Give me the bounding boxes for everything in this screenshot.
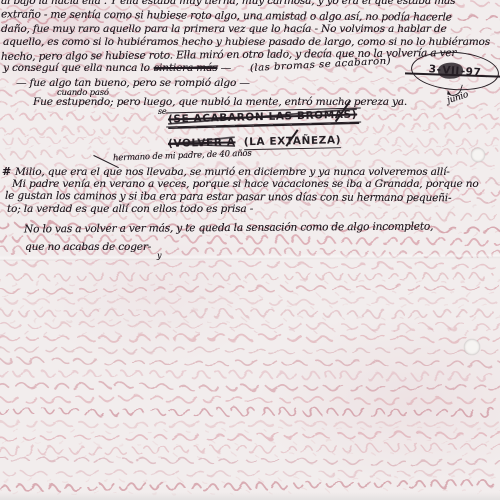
handwriting-line: — fue algo tan bueno, pero se rompió alg… <box>16 77 250 89</box>
stray-mark: y <box>157 251 161 260</box>
handwriting-line: Fue estupendo; pero luego, que nubló la … <box>33 96 407 108</box>
bleed-script-row <box>0 440 494 445</box>
line-text: Milio, que era el que nos llevaba, se mu… <box>15 166 450 178</box>
bleed-script-row <box>0 272 494 280</box>
punch-hole <box>471 148 485 162</box>
manuscript-page: al bajo la hacía ella . Y ella estaba mu… <box>0 0 500 500</box>
bleed-script-row <box>0 347 500 354</box>
bleed-script-row <box>0 298 500 304</box>
bleed-script-row <box>0 428 500 433</box>
handwriting-line: y conseguí que ella nunca losintiera más… <box>3 62 231 74</box>
punch-hole <box>464 339 480 355</box>
bleed-script-row <box>0 422 500 427</box>
subtitle-row: (VOLVER A (LA EXTAÑEZA) <box>168 134 341 150</box>
handwriting-line: que no acabas de coger- <box>25 241 151 253</box>
bleed-script-row <box>0 457 500 466</box>
handwriting-line: #Milio, que era el que nos llevaba, se m… <box>2 165 450 178</box>
bleed-script-row <box>0 384 500 391</box>
bleed-script-row <box>0 443 500 454</box>
bleed-script-row <box>0 309 500 318</box>
bleed-script-row <box>0 280 500 285</box>
bleed-script-row <box>0 480 500 491</box>
handwriting-line: daño, fue muy raro aquello para la prime… <box>1 23 447 35</box>
crossed-out-subtitle: (VOLVER A <box>168 136 236 149</box>
bleed-script-row <box>0 396 500 403</box>
handwriting-line: al bajo la hacía ella . Y ella estaba mu… <box>1 0 455 7</box>
bleed-script-row <box>0 335 500 341</box>
bleed-script-row <box>0 305 500 310</box>
handwriting-line: to; la verdad es que allí con ellos todo… <box>7 203 253 215</box>
line-text: y conseguí que ella nunca lo <box>3 62 150 74</box>
crossed-word: sintiera más <box>154 62 218 74</box>
bleed-script-row <box>0 322 500 331</box>
bleed-script-row <box>0 358 500 367</box>
bleed-script-row <box>0 284 500 293</box>
date-text: -97 <box>460 65 481 78</box>
bleed-script-row <box>0 408 495 415</box>
bleed-script-row <box>0 471 500 476</box>
bleed-script-row <box>0 477 500 482</box>
paragraph-mark: # <box>2 165 11 178</box>
dash-mark: — <box>221 62 231 74</box>
bleed-script-row <box>0 260 500 269</box>
bleed-script-row <box>0 432 500 442</box>
bleed-script-row <box>0 369 494 381</box>
handwriting-line: Mi padre venía en verano a veces, porque… <box>12 178 479 190</box>
paper-edge-shadow <box>0 492 500 500</box>
title-text: (SE ACABARON LAS BROMAS) <box>168 109 357 126</box>
bleed-script-row <box>0 292 500 297</box>
bleed-script-row <box>0 329 500 334</box>
handwriting-line: aquello, es como si lo hubiéramos hecho … <box>3 36 490 48</box>
